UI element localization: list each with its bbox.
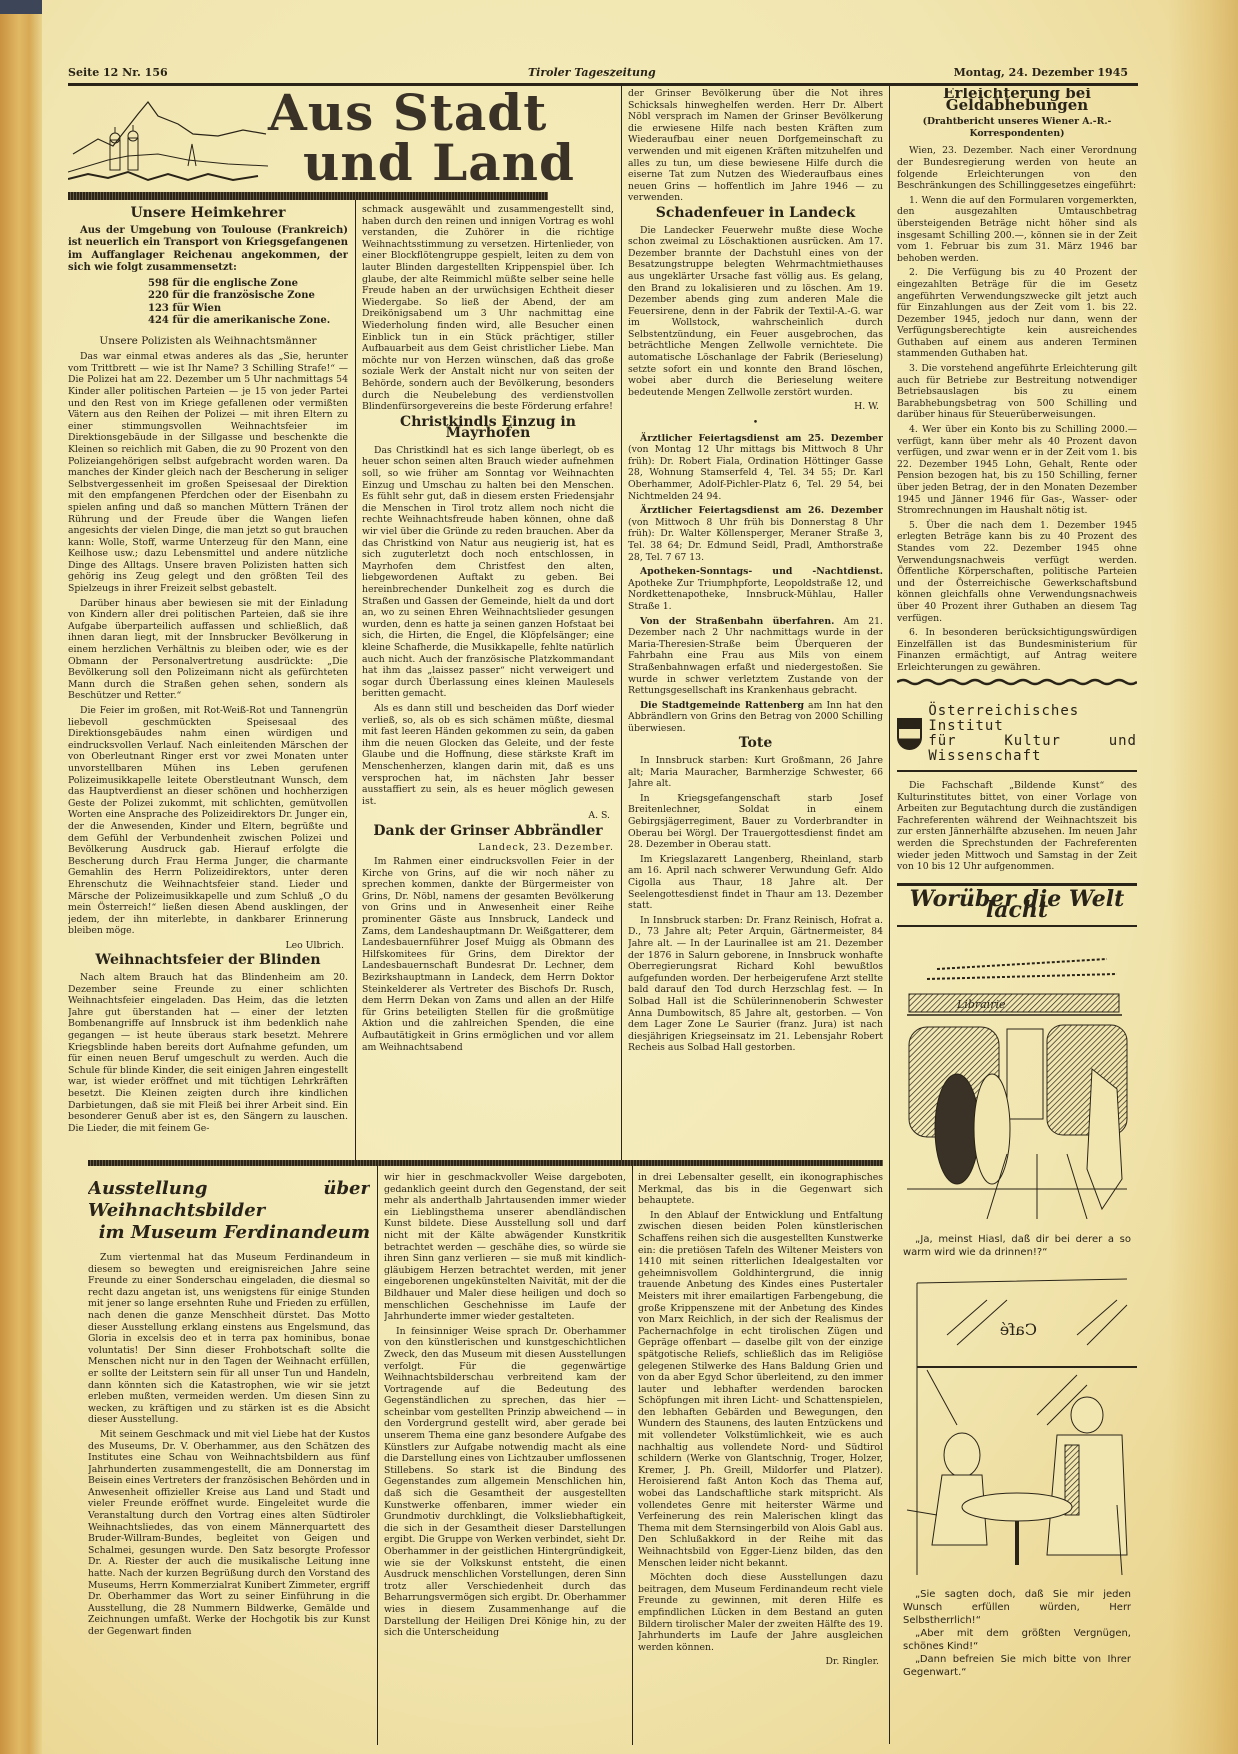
article-paragraph: wir hier in geschmackvoller Weise dargeb…: [384, 1172, 626, 1323]
transport-list: 598 für die englische Zone 220 für die f…: [148, 278, 348, 328]
article-subtitle: (Drahtbericht unseres Wiener A.-R.-Korre…: [897, 116, 1137, 139]
column-2: schmack ausgewählt und zusammengestellt …: [362, 204, 614, 1154]
notice: Die Stadtgemeinde Rattenberg am Inn hat …: [628, 700, 883, 735]
article-paragraph: Mit seinem Geschmack und mit viel Liebe …: [88, 1429, 370, 1638]
cartoon-section-heading: Worüber die Welt lacht: [897, 894, 1137, 917]
article-heading: Unsere Heimkehrer: [68, 208, 348, 220]
article-heading: Christkindls Einzug in Mayrhofen: [362, 417, 614, 440]
list-item: 3. Die vorstehend angeführte Erleichteru…: [897, 363, 1137, 421]
cartoon-shop-window: Librairie: [897, 939, 1137, 1219]
svg-text:Café: Café: [1000, 1320, 1037, 1339]
list-item: 123 für Wien: [148, 303, 348, 316]
article-intro: Aus der Umgebung von Toulouse (Frankreic…: [68, 225, 348, 275]
article-signature: Leo Ulbrich.: [68, 940, 344, 952]
column-1: Unsere Heimkehrer Aus der Umgebung von T…: [68, 204, 348, 1154]
page-edge-stain: [1168, 0, 1238, 1754]
section-title-block: Aus Stadt und Land: [68, 88, 623, 193]
article-heading: Erleichterung bei Geldabhebungen: [897, 88, 1137, 111]
austria-shield-icon: [897, 718, 922, 750]
list-item: 1. Wenn die auf den Formularen vorgemerk…: [897, 195, 1137, 265]
article-paragraph: In feinsinniger Weise sprach Dr. Oberham…: [384, 1326, 626, 1639]
article-heading: Dank der Grinser Abbrändler: [362, 826, 614, 838]
innsbruck-skyline-icon: [68, 94, 268, 186]
notice: Apotheken-Sonntags- und -Nachtdienst. Ap…: [628, 566, 883, 612]
column-divider: [889, 84, 890, 1744]
dateline: Landeck, 23. Dezember.: [362, 842, 614, 854]
bullet-separator: •: [628, 417, 883, 429]
article-paragraph: In den Ablauf der Entwicklung und Entfal…: [638, 1210, 883, 1569]
article-paragraph: Im Rahmen einer eindrucksvollen Feier in…: [362, 856, 614, 1053]
column-bottom-3: in drei Lebensalter gesellt, ein ikonogr…: [638, 1172, 883, 1742]
article-paragraph: schmack ausgewählt und zusammengestellt …: [362, 204, 614, 413]
article-paragraph: Möchten doch diese Ausstellungen dazu be…: [638, 1572, 883, 1653]
list-item: 5. Über die nach dem 1. Dezember 1945 er…: [897, 520, 1137, 624]
issue-date: Montag, 24. Dezember 1945: [954, 66, 1128, 79]
svg-text:Librairie: Librairie: [956, 998, 1006, 1011]
article-paragraph: Die Fachschaft „Bildende Kunst“ des Kult…: [897, 780, 1137, 873]
wavy-divider-icon: [897, 677, 1137, 687]
article-heading: Tote: [628, 738, 883, 750]
newspaper-name: Tiroler Tageszeitung: [528, 66, 656, 79]
notice: Von der Straßenbahn überfahren. Am 21. D…: [628, 616, 883, 697]
list-item: 598 für die englische Zone: [148, 278, 348, 291]
article-paragraph: Zum viertenmal hat das Museum Ferdinande…: [88, 1252, 370, 1426]
list-item: 6. In besonderen berücksichtigungswürdig…: [897, 627, 1137, 673]
column-bottom-1: Ausstellung über Weihnachtsbilder im Mus…: [88, 1172, 370, 1742]
column-4: Erleichterung bei Geldabhebungen (Drahtb…: [897, 88, 1137, 1689]
obituary: In Innsbruck starben: Dr. Franz Reinisch…: [628, 915, 883, 1054]
section-hatched-rule: [88, 1160, 883, 1166]
divider: [897, 925, 1137, 927]
article-paragraph: Nach altem Brauch hat das Blindenheim am…: [68, 972, 348, 1134]
column-divider: [621, 84, 622, 1160]
article-signature: Dr. Ringler.: [638, 1656, 879, 1668]
article-paragraph: in drei Lebensalter gesellt, ein ikonogr…: [638, 1172, 883, 1207]
obituary: Im Kriegslazarett Langenberg, Rheinland,…: [628, 854, 883, 912]
article-paragraph: der Grinser Bevölkerung über die Not ihr…: [628, 88, 883, 204]
article-heading: Unsere Polizisten als Weihnachtsmänner: [68, 336, 348, 348]
newspaper-page: Seite 12 Nr. 156 Tiroler Tageszeitung Mo…: [42, 0, 1238, 1754]
article-paragraph: Wien, 23. Dezember. Nach einer Verordnun…: [897, 145, 1137, 191]
obituary: In Innsbruck starben: Kurt Großmann, 26 …: [628, 755, 883, 790]
section-title: Aus Stadt und Land: [268, 88, 575, 188]
article-paragraph: Das Christkindl hat es sich lange überle…: [362, 445, 614, 700]
article-paragraph: Die Landecker Feuerwehr mußte diese Woch…: [628, 225, 883, 399]
column-3: der Grinser Bevölkerung über die Not ihr…: [628, 88, 883, 1154]
article-heading: Schadenfeuer in Landeck: [628, 208, 883, 220]
cartoon-cafe: Café: [897, 1275, 1137, 1575]
notice: Ärztlicher Feiertagsdienst am 25. Dezemb…: [628, 433, 883, 503]
book-binding: [0, 0, 42, 1754]
cartoon-caption: „Sie sagten doch, daß Sie mir jeden Wuns…: [903, 1588, 1131, 1679]
column-divider: [377, 1165, 378, 1745]
list-item: 4. Wer über ein Konto bis zu Schilling 2…: [897, 424, 1137, 517]
institut-title: Österreichisches Institut für Kultur und…: [928, 704, 1137, 764]
masthead: Seite 12 Nr. 156 Tiroler Tageszeitung Mo…: [68, 66, 1128, 82]
title-hatched-rule: [68, 192, 548, 200]
article-paragraph: Die Feier im großen, mit Rot-Weiß-Rot un…: [68, 705, 348, 937]
cartoon-caption: „Ja, meinst Hiasl, daß dir bei derer a s…: [903, 1233, 1131, 1259]
column-divider: [355, 200, 356, 1160]
article-heading: Ausstellung über Weihnachtsbilder im Mus…: [88, 1178, 370, 1244]
list-item: 2. Die Verfügung bis zu 40 Prozent der e…: [897, 267, 1137, 360]
masthead-rule: [68, 83, 1138, 86]
article-signature: A. S.: [362, 810, 610, 822]
article-paragraph: Als es dann still und bescheiden das Dor…: [362, 703, 614, 807]
article-paragraph: Das war einmal etwas anderes als das „Si…: [68, 351, 348, 594]
institut-header: Österreichisches Institut für Kultur und…: [897, 704, 1137, 764]
obituary: In Kriegsgefangenschaft starb Josef Brei…: [628, 793, 883, 851]
article-heading: Weihnachtsfeier der Blinden: [68, 955, 348, 967]
column-bottom-2: wir hier in geschmackvoller Weise dargeb…: [384, 1172, 626, 1742]
page-number: Seite 12 Nr. 156: [68, 66, 168, 79]
notice: Ärztlicher Feiertagsdienst am 26. Dezemb…: [628, 505, 883, 563]
list-item: 424 für die amerikanische Zone.: [148, 315, 348, 328]
divider: [897, 770, 1137, 772]
article-paragraph: Darüber hinaus aber bewiesen sie mit der…: [68, 598, 348, 702]
article-signature: H. W.: [628, 401, 879, 413]
column-divider: [632, 1165, 633, 1745]
list-item: 220 für die französische Zone: [148, 290, 348, 303]
